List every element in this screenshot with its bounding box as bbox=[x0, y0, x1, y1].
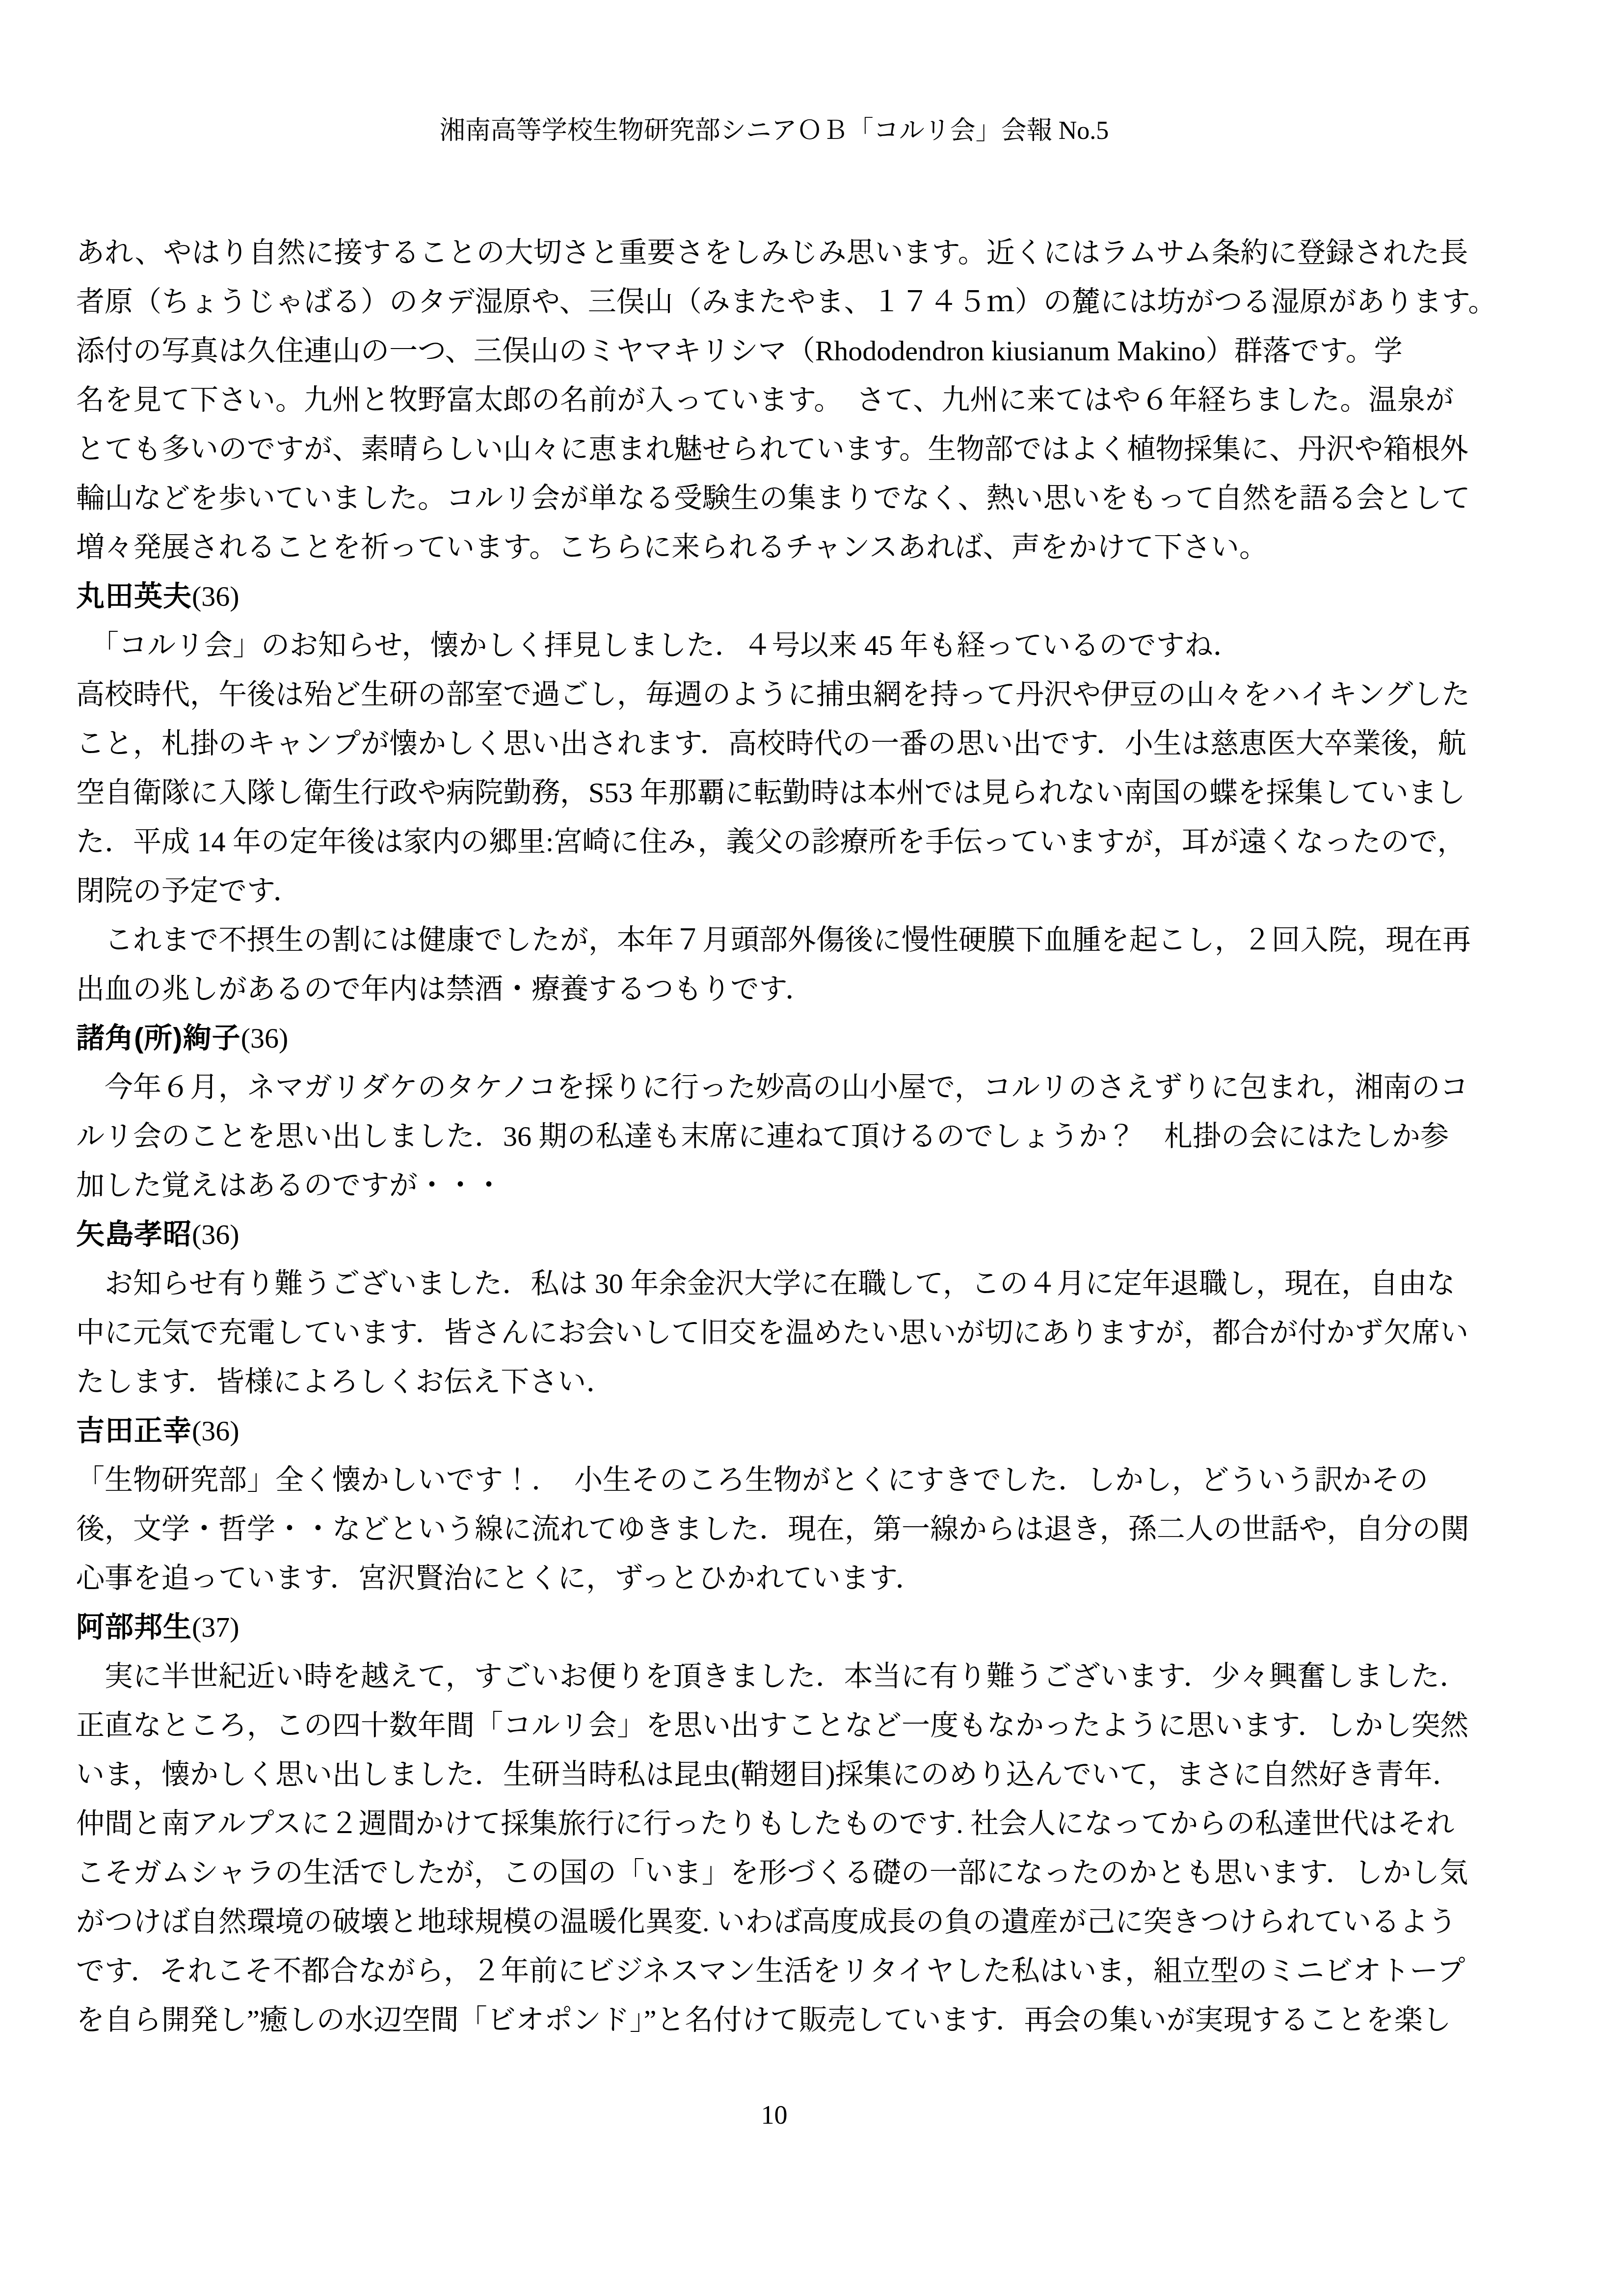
member-name: 阿部邦生 bbox=[76, 1611, 192, 1643]
text-line: これまで不摂生の割には健康でしたが，本年７月頭部外傷後に慢性硬膜下血腫を起こし，… bbox=[76, 916, 1472, 965]
text-line: 加した覚えはあるのですが・・・ bbox=[76, 1161, 1472, 1210]
member-class-year: (36) bbox=[241, 1022, 289, 1054]
member-heading: 矢島孝昭(36) bbox=[76, 1210, 1472, 1259]
text-line: を自ら開発し”癒しの水辺空間「ビオポンド」”と名付けて販売しています．再会の集い… bbox=[76, 1996, 1472, 2045]
member-class-year: (36) bbox=[192, 1415, 239, 1447]
page-number: 10 bbox=[76, 2090, 1472, 2139]
text-line: 後，文学・哲学・・などという線に流れてゆきました．現在，第一線からは退き，孫二人… bbox=[76, 1505, 1472, 1554]
text-line: 出血の兆しがあるので年内は禁酒・療養するつもりです． bbox=[76, 965, 1472, 1014]
member-class-year: (37) bbox=[192, 1611, 239, 1643]
text-line: 今年６月，ネマガリダケのタケノコを採りに行った妙高の山小屋で，コルリのさえずりに… bbox=[76, 1063, 1472, 1112]
text-line: 名を見て下さい。九州と牧野富太郎の名前が入っています。 さて、九州に来てはや６年… bbox=[76, 376, 1472, 425]
member-heading: 丸田英夫(36) bbox=[76, 572, 1472, 621]
member-name: 吉田正幸 bbox=[76, 1415, 192, 1447]
text-line: 心事を追っています．宮沢賢治にとくに，ずっとひかれています． bbox=[76, 1554, 1472, 1603]
text-line: あれ、やはり自然に接することの大切さと重要さをしみじみ思います。近くにはラムサム… bbox=[76, 228, 1472, 277]
text-line: 「コルリ会」のお知らせ，懐かしく拝見しました．４号以来 45 年も経っているので… bbox=[76, 621, 1472, 670]
text-line: お知らせ有り難うございました．私は 30 年余金沢大学に在職して，この４月に定年… bbox=[76, 1259, 1472, 1308]
member-name: 矢島孝昭 bbox=[76, 1218, 192, 1250]
text-line: 添付の写真は久住連山の一つ、三俣山のミヤマキリシマ（Rhododendron k… bbox=[76, 326, 1472, 376]
member-name: 諸角(所)絢子 bbox=[76, 1022, 241, 1054]
text-line: 高校時代，午後は殆ど生研の部室で過ごし，毎週のように捕虫網を持って丹沢や伊豆の山… bbox=[76, 670, 1472, 719]
text-line: いま，懐かしく思い出しました．生研当時私は昆虫(鞘翅目)採集にのめり込んでいて，… bbox=[76, 1750, 1472, 1799]
text-line: 仲間と南アルプスに２週間かけて採集旅行に行ったりもしたものです. 社会人になって… bbox=[76, 1799, 1472, 1848]
text-line: たします．皆様によろしくお伝え下さい． bbox=[76, 1357, 1472, 1406]
text-line: こと，札掛のキャンプが懐かしく思い出されます．高校時代の一番の思い出です．小生は… bbox=[76, 719, 1472, 768]
text-line: 者原（ちょうじゃばる）のタデ湿原や、三俣山（みまたやま、１７４５ｍ）の麓には坊が… bbox=[76, 277, 1472, 326]
text-line: とても多いのですが、素晴らしい山々に恵まれ魅せられています。生物部ではよく植物採… bbox=[76, 425, 1472, 474]
text-line: た．平成 14 年の定年後は家内の郷里:宮崎に住み，義父の診療所を手伝っています… bbox=[76, 817, 1472, 866]
text-line: です．それこそ不都合ながら，２年前にビジネスマン生活をリタイヤした私はいま，組立… bbox=[76, 1946, 1472, 1996]
text-line: 輪山などを歩いていました。コルリ会が単なる受験生の集まりでなく、熱い思いをもって… bbox=[76, 474, 1472, 523]
text-line: 空自衛隊に入隊し衛生行政や病院勤務，S53 年那覇に転勤時は本州では見られない南… bbox=[76, 768, 1472, 817]
member-name: 丸田英夫 bbox=[76, 580, 192, 612]
text-line: 正直なところ，この四十数年間「コルリ会」を思い出すことなど一度もなかったように思… bbox=[76, 1701, 1472, 1750]
text-line: ルリ会のことを思い出しました．36 期の私達も末席に連ねて頂けるのでしょうか？ … bbox=[76, 1112, 1472, 1161]
page-body: あれ、やはり自然に接することの大切さと重要さをしみじみ思います。近くにはラムサム… bbox=[76, 228, 1472, 2045]
member-class-year: (36) bbox=[192, 580, 239, 612]
member-class-year: (36) bbox=[192, 1218, 239, 1250]
member-heading: 吉田正幸(36) bbox=[76, 1406, 1472, 1456]
text-line: 閉院の予定です． bbox=[76, 866, 1472, 916]
newsletter-page: 湘南高等学校生物研究部シニアＯＢ「コルリ会」会報 No.5 あれ、やはり自然に接… bbox=[0, 0, 1623, 2296]
text-line: 「生物研究部」全く懐かしいです！． 小生そのころ生物がとくにすきでした．しかし，… bbox=[76, 1456, 1472, 1505]
page-header: 湘南高等学校生物研究部シニアＯＢ「コルリ会」会報 No.5 bbox=[76, 109, 1472, 153]
text-line: 増々発展されることを祈っています。こちらに来られるチャンスあれば、声をかけて下さ… bbox=[76, 523, 1472, 572]
text-line: 実に半世紀近い時を越えて，すごいお便りを頂きました．本当に有り難うございます．少… bbox=[76, 1652, 1472, 1701]
text-line: こそガムシャラの生活でしたが，この国の「いま」を形づくる礎の一部になったのかとも… bbox=[76, 1848, 1472, 1897]
text-line: がつけば自然環境の破壊と地球規模の温暖化異変. いわば高度成長の負の遺産が己に突… bbox=[76, 1897, 1472, 1946]
member-heading: 阿部邦生(37) bbox=[76, 1603, 1472, 1652]
member-heading: 諸角(所)絢子(36) bbox=[76, 1014, 1472, 1063]
text-line: 中に元気で充電しています．皆さんにお会いして旧交を温めたい思いが切にありますが，… bbox=[76, 1308, 1472, 1357]
